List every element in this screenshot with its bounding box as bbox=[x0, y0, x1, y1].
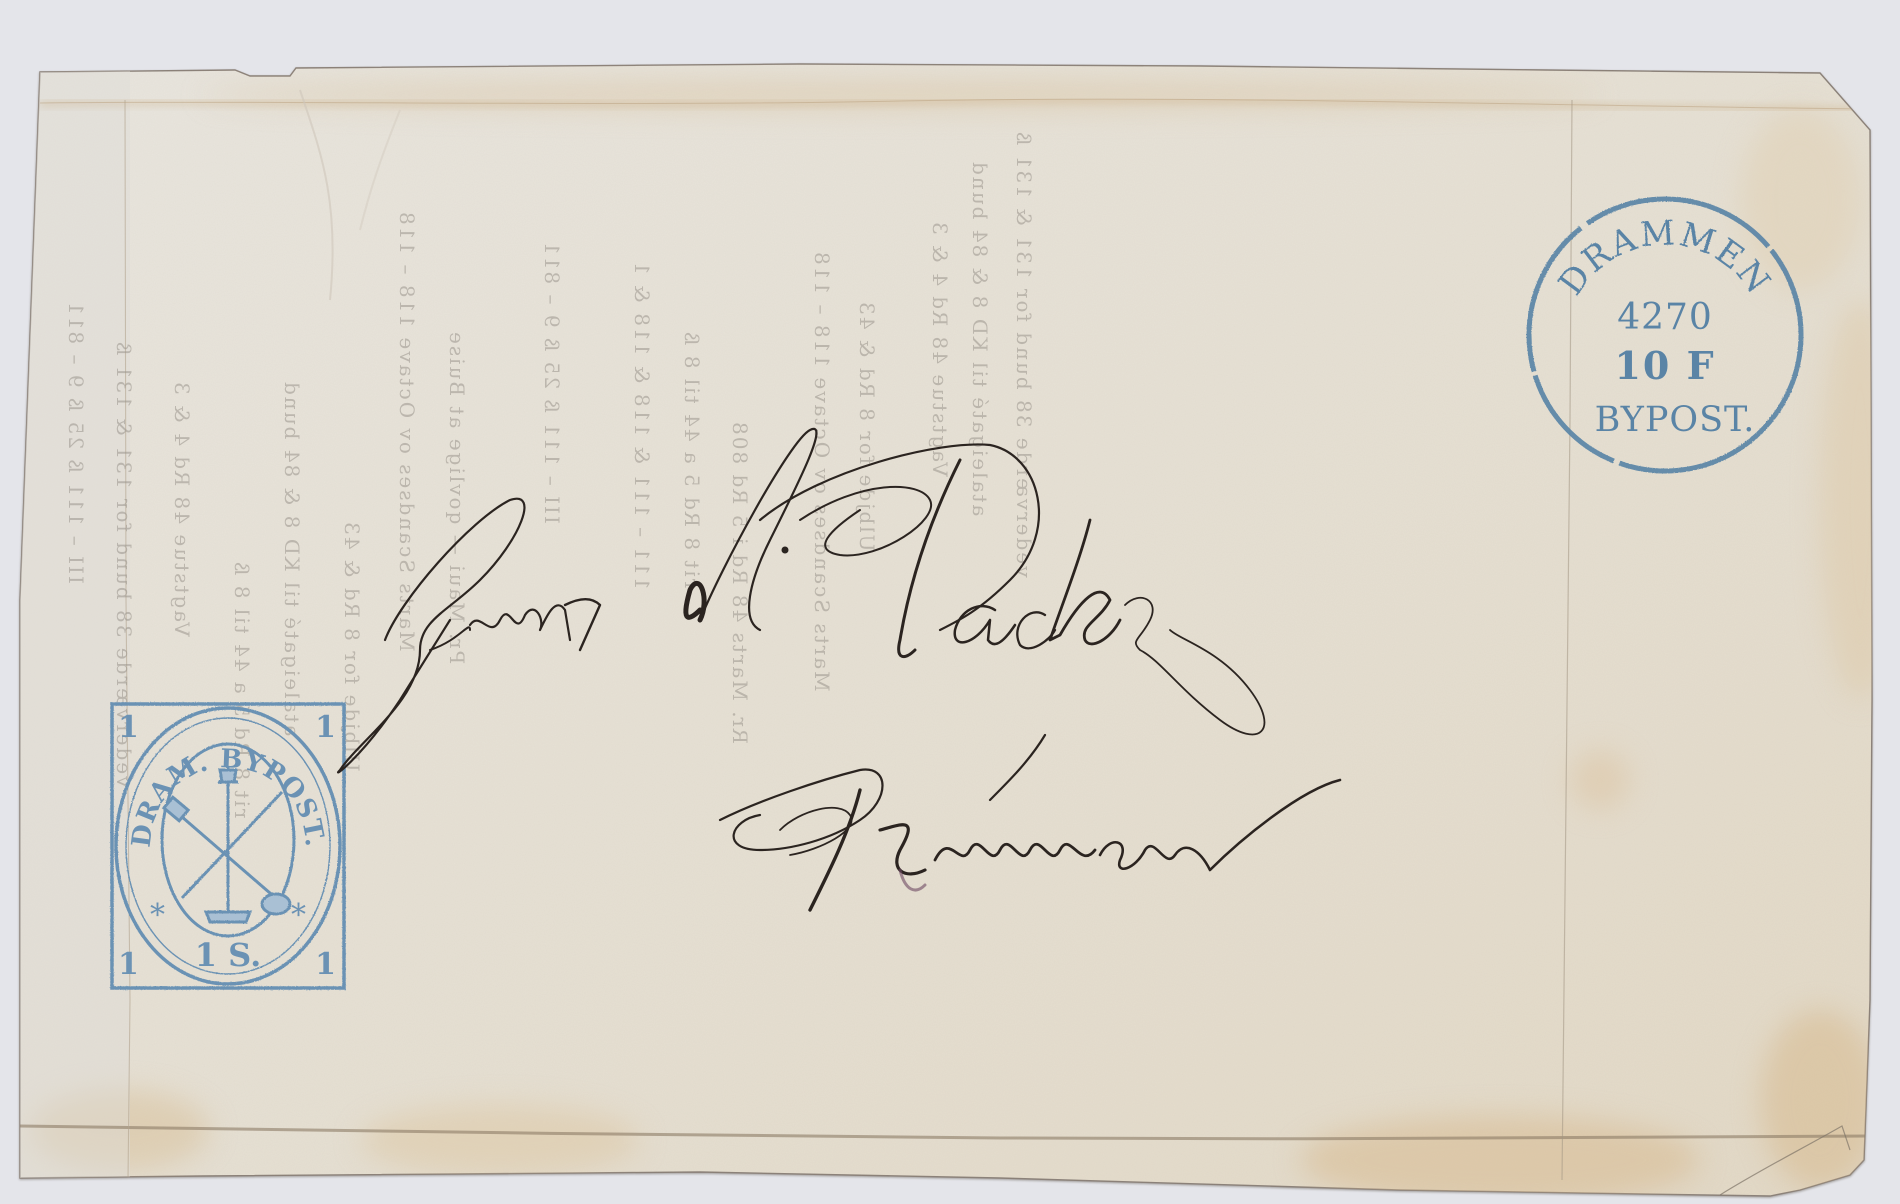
bleed-through-column: ataleigaté til KD 8 & 84 bund bbox=[280, 380, 304, 736]
bleed-through-column: III – 111 ß 25 ß 9 – 811 bbox=[64, 300, 88, 584]
bleed-through-column: III – 111 ß 25 ß 9 – 811 bbox=[540, 240, 564, 524]
bleed-through-column: Marts Scandses ov Octave 118 – 118 bbox=[810, 250, 834, 692]
bleed-through-column: Vagtstue 48 Rd 4 & 3 bbox=[170, 380, 194, 637]
bleed-through-column: Rr. Marts 48 Rd i 5 Rd 808 bbox=[728, 420, 752, 744]
bleed-through-column: vederværde 38 bund for 131 & 131 ß bbox=[1012, 130, 1036, 577]
bleed-through-column: ataleigaté til KD 8 & 84 bund bbox=[968, 160, 992, 516]
bleed-through-column: rit 8 Rd 5 a 44 til 8 ß bbox=[680, 330, 704, 588]
bleed-through-column: Marts Scandses ov Octave 118 – 118 bbox=[395, 210, 419, 652]
bleed-through-column: 111 – 111 & 118 & 118 & 1 bbox=[630, 260, 654, 590]
postmark-bottom-text: BYPOST. bbox=[1525, 400, 1805, 440]
bleed-through-column: Pr. Maui — qovlige at Buise bbox=[445, 330, 469, 664]
postmark-line2: 10 F bbox=[1525, 343, 1805, 388]
stamp-corner-tr: 1 bbox=[315, 710, 336, 745]
drammen-bypost-postmark: DRAMMEN 4270 10 F BYPOST. bbox=[1525, 195, 1805, 475]
stamp-ornament-left: * bbox=[150, 898, 165, 933]
bleed-through-column: Ulbjde for 8 Rd & 43 bbox=[855, 300, 879, 552]
postmark-line1: 4270 bbox=[1525, 297, 1805, 338]
photo-scene: vederværde 38 bund for 131 & 131 ß atale… bbox=[0, 0, 1900, 1204]
stamp-value: 1 S. bbox=[108, 936, 348, 974]
bleed-through-column: Vagtstue 48 Rd 4 & 3 bbox=[928, 220, 952, 477]
drammen-bypost-stamp: DRAM. BYPOST. 1 1 1 1 * * 1 S. bbox=[108, 700, 348, 992]
stamp-ornament-right: * bbox=[291, 898, 306, 933]
stamp-corner-tl: 1 bbox=[118, 710, 139, 745]
emblem-icon bbox=[164, 766, 290, 922]
